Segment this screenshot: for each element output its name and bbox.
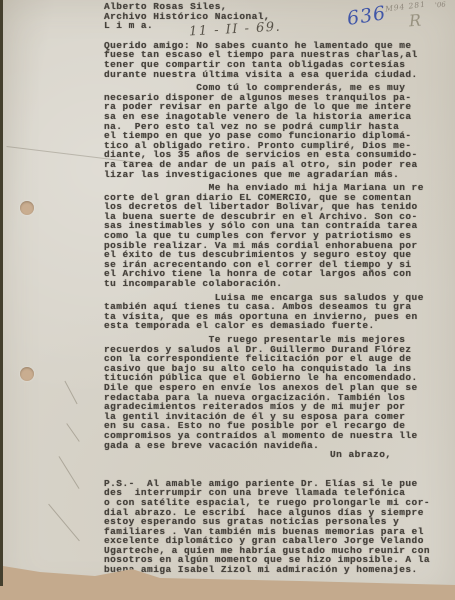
closing-line: Un abrazo, bbox=[104, 450, 444, 460]
pencil-scribble bbox=[64, 381, 77, 404]
pencil-scribble bbox=[66, 423, 79, 442]
paragraph-durand-florez: Te ruego presentarle mis mejores recuerd… bbox=[104, 335, 444, 450]
paper-left-edge-shadow bbox=[0, 0, 3, 586]
recipient-address: Alberto Rosas Siles, Archivo Histórico N… bbox=[104, 2, 444, 31]
postscript: P.S.- Al amable amigo pariente Dr. Elías… bbox=[104, 479, 444, 575]
pencil-scribble bbox=[59, 456, 80, 489]
paragraph-luisa-saludos: Luisa me encarga sus saludos y que tambi… bbox=[104, 293, 444, 331]
paragraph-greeting: Querido amigo: No sabes cuanto he lament… bbox=[104, 41, 444, 79]
paragraph-el-comercio: Me ha enviado mi hija Mariana un re cort… bbox=[104, 183, 444, 289]
letter-page: 636 M94 281 '06 R 11 - II - 69. Alberto … bbox=[0, 0, 455, 600]
paragraph-retirement: Como tú lo comprenderás, me es muy neces… bbox=[104, 83, 444, 179]
punch-hole-bottom bbox=[20, 367, 34, 381]
letter-text-column: Alberto Rosas Siles, Archivo Histórico N… bbox=[104, 2, 444, 575]
punch-hole-top bbox=[20, 201, 34, 215]
pencil-scribble bbox=[48, 504, 80, 541]
scanned-letter-background: 636 M94 281 '06 R 11 - II - 69. Alberto … bbox=[0, 0, 455, 600]
